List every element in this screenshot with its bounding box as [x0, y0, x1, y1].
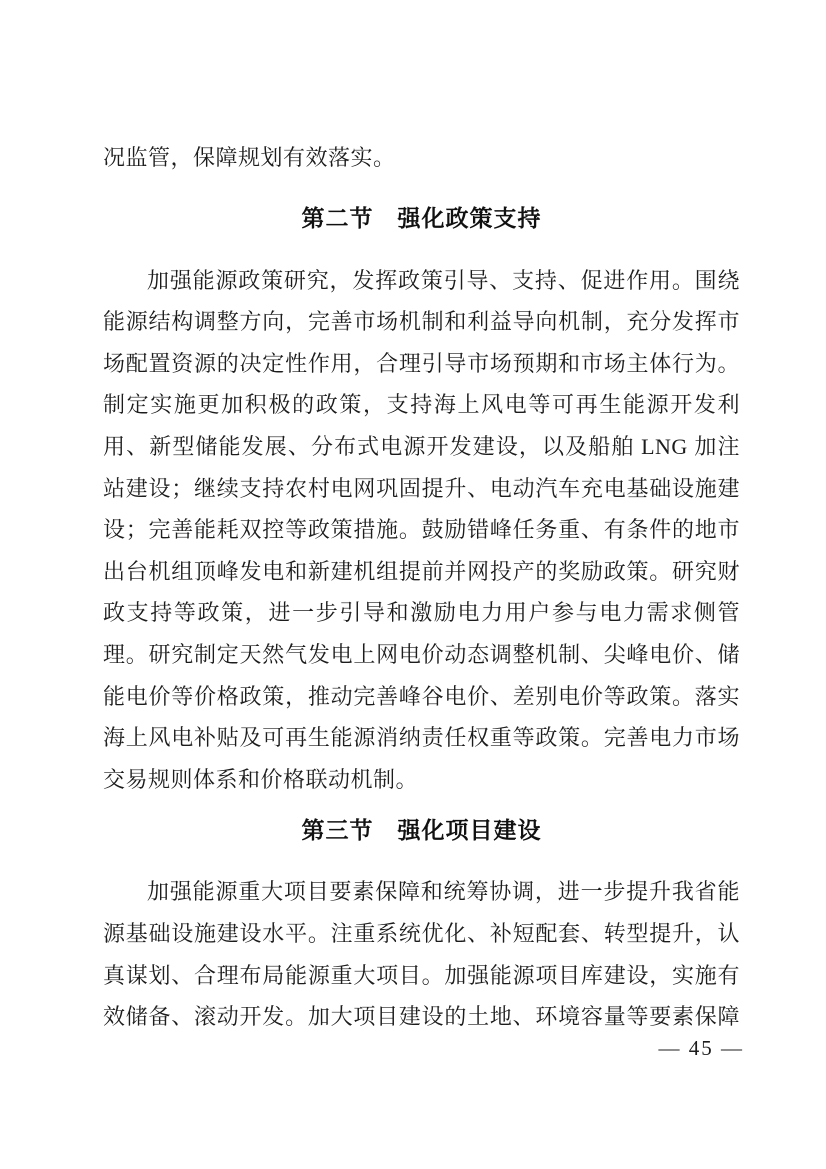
section-heading-project-construction: 第三节 强化项目建设	[103, 815, 740, 845]
paragraph-project-construction: 加强能源重大项目要素保障和统筹协调，进一步提升我省能源基础设施建设水平。注重系统…	[103, 871, 740, 1037]
paragraph-policy-support: 加强能源政策研究，发挥政策引导、支持、促进作用。围绕能源结构调整方向，完善市场机…	[103, 260, 740, 801]
text-line: 加强能源重大项目要素保障和统筹协调，进一步提升我省能	[103, 871, 740, 913]
text-line: 能电价等价格政策，推动完善峰谷电价、差别电价等政策。落实	[103, 676, 740, 718]
text-line: 站建设；继续支持农村电网巩固提升、电动汽车充电基础设施建	[103, 468, 740, 510]
paragraph-continuation: 况监管，保障规划有效落实。	[103, 137, 740, 179]
text-line: 能源结构调整方向，完善市场机制和利益导向机制，充分发挥市	[103, 301, 740, 343]
document-body: 况监管，保障规划有效落实。 第二节 强化政策支持 加强能源政策研究，发挥政策引导…	[103, 137, 740, 1038]
text-line: 海上风电补贴及可再生能源消纳责任权重等政策。完善电力市场	[103, 717, 740, 759]
text-line: 真谋划、合理布局能源重大项目。加强能源项目库建设，实施有	[103, 955, 740, 997]
text-line: 加强能源政策研究，发挥政策引导、支持、促进作用。围绕	[103, 260, 740, 302]
section-heading-policy-support: 第二节 强化政策支持	[103, 203, 740, 233]
text-line: 理。研究制定天然气发电上网电价动态调整机制、尖峰电价、储	[103, 634, 740, 676]
page-number-text: — 45 —	[659, 1036, 745, 1060]
text-line: 场配置资源的决定性作用，合理引导市场预期和市场主体行为。	[103, 343, 740, 385]
text-line: 制定实施更加积极的政策，支持海上风电等可再生能源开发利	[103, 384, 740, 426]
text-line: 用、新型储能发展、分布式电源开发建设，以及船舶 LNG 加注	[103, 426, 740, 468]
document-page: 况监管，保障规划有效落实。 第二节 强化政策支持 加强能源政策研究，发挥政策引导…	[0, 0, 826, 1169]
text-line: 设；完善能耗双控等政策措施。鼓励错峰任务重、有条件的地市	[103, 509, 740, 551]
text-line: 交易规则体系和价格联动机制。	[103, 759, 740, 801]
text-line: 出台机组顶峰发电和新建机组提前并网投产的奖励政策。研究财	[103, 551, 740, 593]
text-line: 源基础设施建设水平。注重系统优化、补短配套、转型提升，认	[103, 913, 740, 955]
text-line: 况监管，保障规划有效落实。	[103, 137, 740, 179]
text-line: 效储备、滚动开发。加大项目建设的土地、环境容量等要素保障	[103, 996, 740, 1038]
text-line: 政支持等政策，进一步引导和激励电力用户参与电力需求侧管	[103, 592, 740, 634]
page-number: — 45 —	[659, 1036, 745, 1061]
